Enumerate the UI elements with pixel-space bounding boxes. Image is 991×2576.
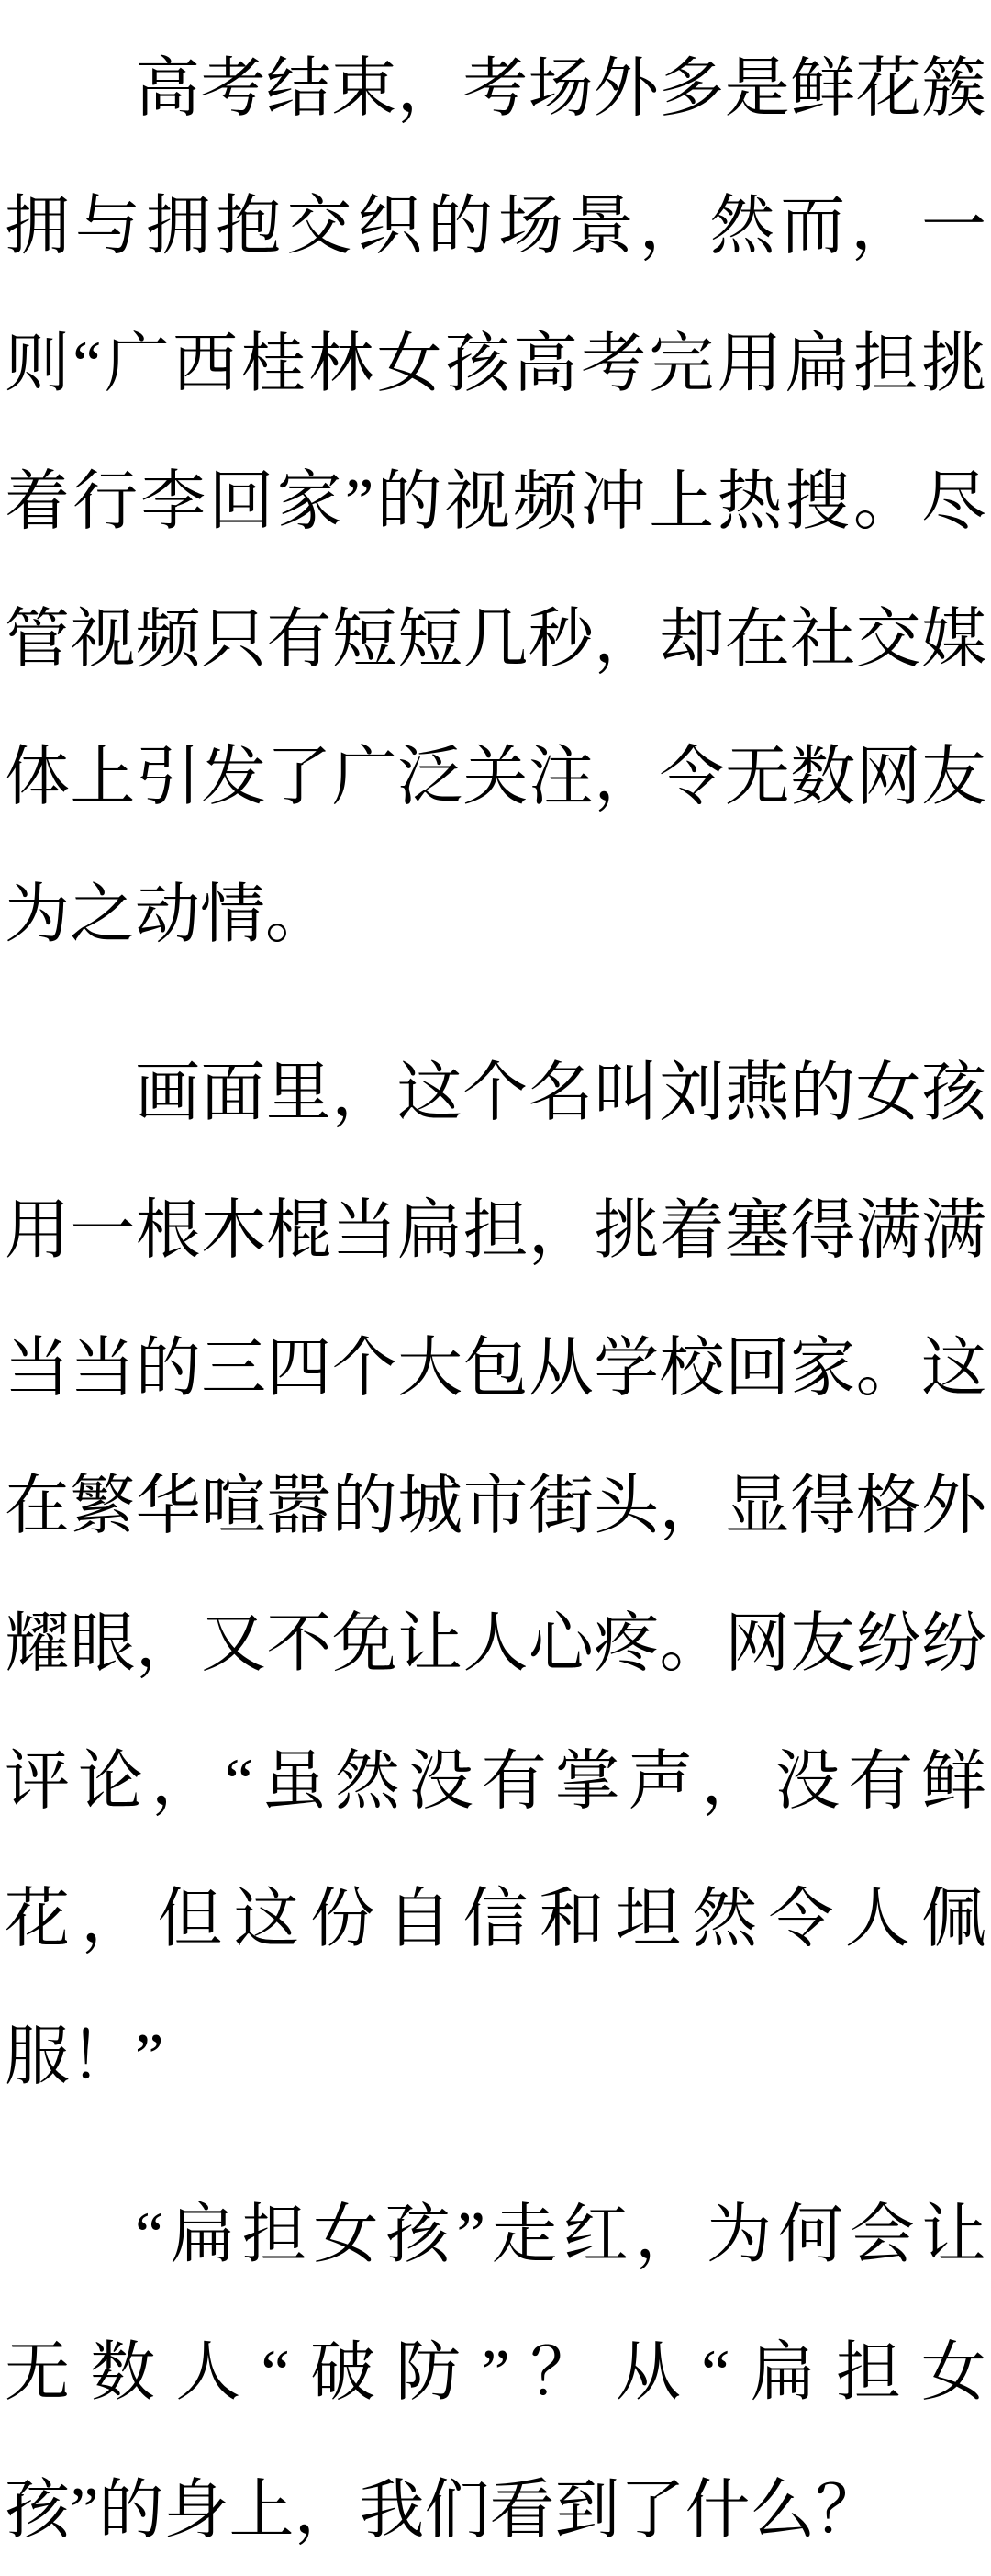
text-line: 体上引发了广泛关注，令无数网友 — [5, 709, 986, 846]
text-line: 管视频只有短短几秒，却在社交媒 — [5, 571, 986, 709]
paragraph: 高考结束，考场外多是鲜花簇拥与拥抱交织的场景，然而，一则“广西桂林女孩高考完用扁… — [5, 20, 986, 984]
paragraph: 画面里，这个名叫刘燕的女孩用一根木棍当扁担，挑着塞得满满当当的三四个大包从学校回… — [5, 1025, 986, 2126]
article: 高考结束，考场外多是鲜花簇拥与拥抱交织的场景，然而，一则“广西桂林女孩高考完用扁… — [0, 0, 991, 2576]
text-line: 花，但这份自信和坦然令人佩 — [5, 1851, 986, 1988]
text-line: 评论，“虽然没有掌声，没有鲜 — [5, 1713, 986, 1851]
text-line: 服！” — [5, 1988, 986, 2126]
text-line: 无数人“破防”？从“扁担女 — [5, 2304, 986, 2442]
paragraph: “扁担女孩”走红，为何会让无数人“破防”？从“扁担女孩”的身上，我们看到了什么？ — [5, 2167, 986, 2576]
text-line: 当当的三四个大包从学校回家。这 — [5, 1300, 986, 1438]
text-line: 耀眼，又不免让人心疼。网友纷纷 — [5, 1575, 986, 1713]
text-line: “扁担女孩”走红，为何会让 — [5, 2167, 986, 2304]
text-line: 用一根木棍当扁担，挑着塞得满满 — [5, 1162, 986, 1300]
text-line: 着行李回家”的视频冲上热搜。尽 — [5, 433, 986, 571]
text-line: 在繁华喧嚣的城市街头，显得格外 — [5, 1438, 986, 1575]
text-line: 画面里，这个名叫刘燕的女孩 — [5, 1025, 986, 1162]
text-line: 拥与拥抱交织的场景，然而，一 — [5, 158, 986, 296]
text-line: 则“广西桂林女孩高考完用扁担挑 — [5, 296, 986, 433]
text-line: 孩”的身上，我们看到了什么？ — [5, 2442, 986, 2576]
text-line: 高考结束，考场外多是鲜花簇 — [5, 20, 986, 158]
text-line: 为之动情。 — [5, 846, 986, 984]
